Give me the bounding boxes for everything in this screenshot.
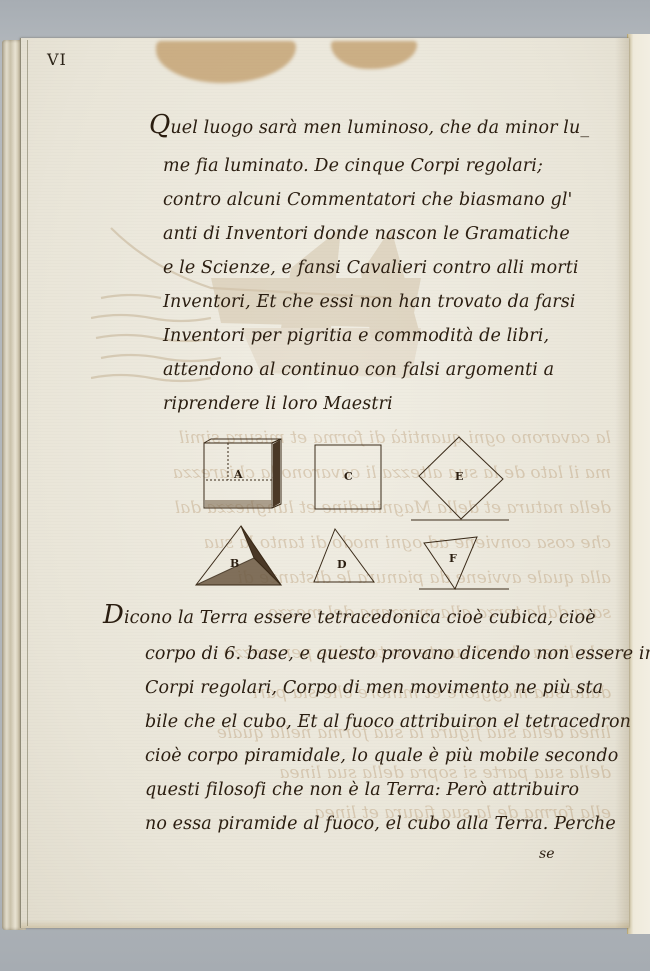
text-line: corpo di 6. base, e questo provano dicen… <box>145 644 650 664</box>
water-stain <box>331 41 417 69</box>
figure-label: F <box>449 552 457 565</box>
text-line: contro alcuni Commentatori che biasmano … <box>163 190 572 210</box>
figure-label: A <box>234 468 243 481</box>
page-margin-rule <box>27 40 28 926</box>
text-line: cioè corpo piramidale, lo quale è più mo… <box>145 746 618 766</box>
text-line-body: icono la Terra essere tetracedonica cioè… <box>124 608 596 628</box>
facing-page-edge <box>627 34 650 934</box>
text-line: bile che el cubo, Et al fuoco attribuiro… <box>145 712 631 732</box>
figure-label: E <box>455 470 463 483</box>
bleed-through-text: la cavarono ogni quantità di forma et mi… <box>171 423 611 453</box>
text-line: Inventori per pigritia e commodità de li… <box>163 326 549 346</box>
water-stain <box>156 41 296 83</box>
manuscript-page: VI la cavarono ogni quantità di forma et… <box>20 38 629 928</box>
bleed-through-text: della natura et della Magnitudine et lun… <box>171 493 611 523</box>
text-line: Corpi regolari, Corpo di men movimento n… <box>145 678 603 698</box>
text-line: e le Scienze, e fansi Cavalieri contro a… <box>163 258 579 278</box>
page-bottom-edge <box>21 920 629 928</box>
figure-label: C <box>344 470 353 483</box>
bleed-through-text: che cosa conviene ad ogni modo di tanto … <box>171 528 611 558</box>
folio-number: VI <box>47 50 67 69</box>
text-line: Dicono la Terra essere tetracedonica cio… <box>103 608 596 628</box>
figure-label: D <box>337 558 347 571</box>
text-line: Inventori, Et che essi non han trovato d… <box>163 292 576 312</box>
figure-label: B <box>230 557 239 570</box>
text-line: riprendere li loro Maestri <box>163 394 393 414</box>
catchword: se <box>539 846 555 862</box>
text-line: QQuel luogo sarà men luminoso, che da mi… <box>149 118 589 138</box>
text-line: no essa piramide al fuoco, el cubo alla … <box>145 814 616 834</box>
text-line: me fia luminato. De cinque Corpi regolar… <box>163 156 543 176</box>
text-line: anti di Inventori donde nascon le Gramat… <box>163 224 570 244</box>
text-line-body: uel luogo sarà men luminoso, che da mino… <box>170 118 589 138</box>
text-line: attendono al continuo con falsi argoment… <box>163 360 554 380</box>
text-line: questi filosofi che non è la Terra: Però… <box>145 780 579 800</box>
gutter-shadow <box>615 38 629 928</box>
